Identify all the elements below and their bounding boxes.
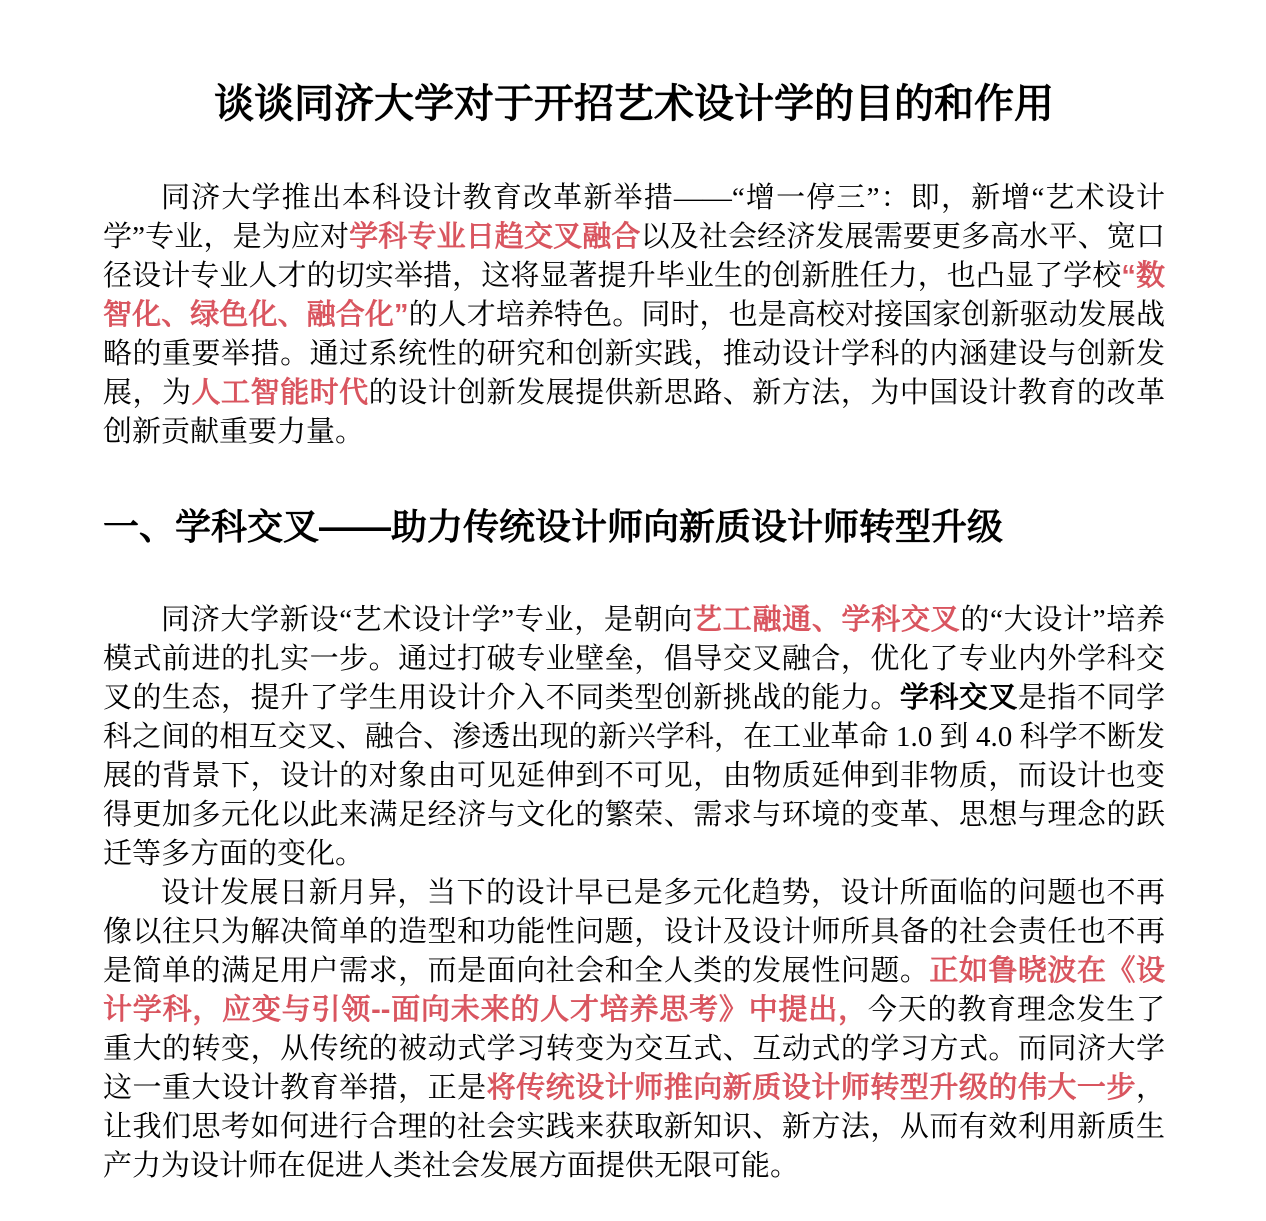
document-page: 谈谈同济大学对于开招艺术设计学的目的和作用 同济大学推出本科设计教育改革新举措—… — [0, 0, 1266, 1221]
document-title: 谈谈同济大学对于开招艺术设计学的目的和作用 — [103, 80, 1165, 128]
paragraph-discipline-crossing: 同济大学新设“艺术设计学”专业，是朝向艺工融通、学科交叉的“大设计”培养模式前进… — [103, 601, 1165, 874]
paragraph-intro: 同济大学推出本科设计教育改革新举措——“增一停三”：即，新增“艺术设计学”专业，… — [103, 179, 1165, 452]
paragraph-design-trends: 设计发展日新月异，当下的设计早已是多元化趋势，设计所面临的问题也不再像以往只为解… — [103, 874, 1165, 1186]
text-run-red-bold: 艺工融通、学科交叉 — [693, 604, 960, 636]
text-run-bold: 学科交叉 — [900, 682, 1018, 714]
section-heading: 一、学科交叉——助力传统设计师向新质设计师转型升级 — [103, 505, 1165, 549]
text-run-normal: 同济大学新设“艺术设计学”专业，是朝向 — [161, 604, 693, 636]
text-run-red-bold: 学科专业日趋交叉融合 — [349, 221, 640, 253]
text-run-red-bold: 人工智能时代 — [192, 377, 369, 409]
text-run-red-bold: 将传统设计师推向新质设计师转型升级的伟大一步 — [487, 1072, 1136, 1104]
